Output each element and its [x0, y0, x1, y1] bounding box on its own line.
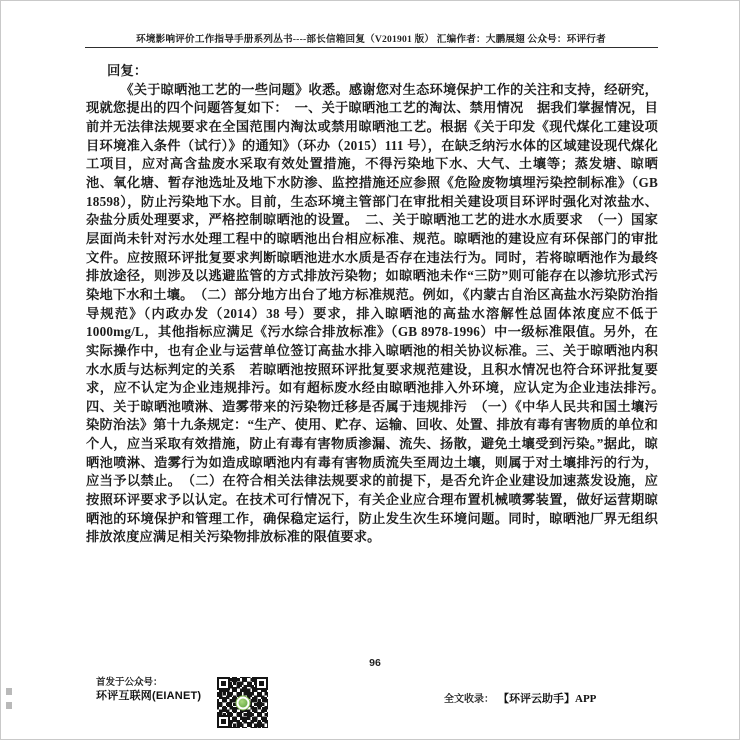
document-page: 环境影响评价工作指导手册系列丛书----部长信箱回复（V201901 版） 汇编…: [0, 0, 740, 740]
document-body: 回复： 《关于晾晒池工艺的一些问题》收悉。感谢您对生态环境保护工作的关注和支持，…: [86, 62, 658, 547]
footer-publisher-line1: 首发于公众号：: [96, 677, 201, 690]
qr-finder-icon: [217, 715, 230, 728]
scan-edge-artifact: [6, 688, 12, 695]
footer-publisher: 首发于公众号： 环评互联网(EIANET): [96, 677, 201, 702]
eianet-logo-icon: [235, 695, 250, 710]
footer-collection: 全文收录： 【环评云助手】APP: [444, 689, 596, 707]
reply-label: 回复：: [86, 62, 658, 81]
footer-collection-prefix: 全文收录：: [444, 694, 494, 705]
scan-edge-artifact: [6, 702, 12, 709]
header-divider: [85, 47, 658, 48]
qr-finder-icon: [255, 677, 268, 690]
reply-paragraph: 《关于晾晒池工艺的一些问题》收悉。感谢您对生态环境保护工作的关注和支持，经研究，…: [86, 81, 658, 547]
qr-finder-icon: [217, 677, 230, 690]
page-number: 96: [1, 657, 740, 669]
qr-code: [217, 677, 268, 728]
footer-collection-app: 【环评云助手】APP: [498, 693, 596, 705]
document-header-title: 环境影响评价工作指导手册系列丛书----部长信箱回复（V201901 版） 汇编…: [56, 31, 686, 45]
footer-publisher-line2: 环评互联网(EIANET): [96, 690, 201, 703]
